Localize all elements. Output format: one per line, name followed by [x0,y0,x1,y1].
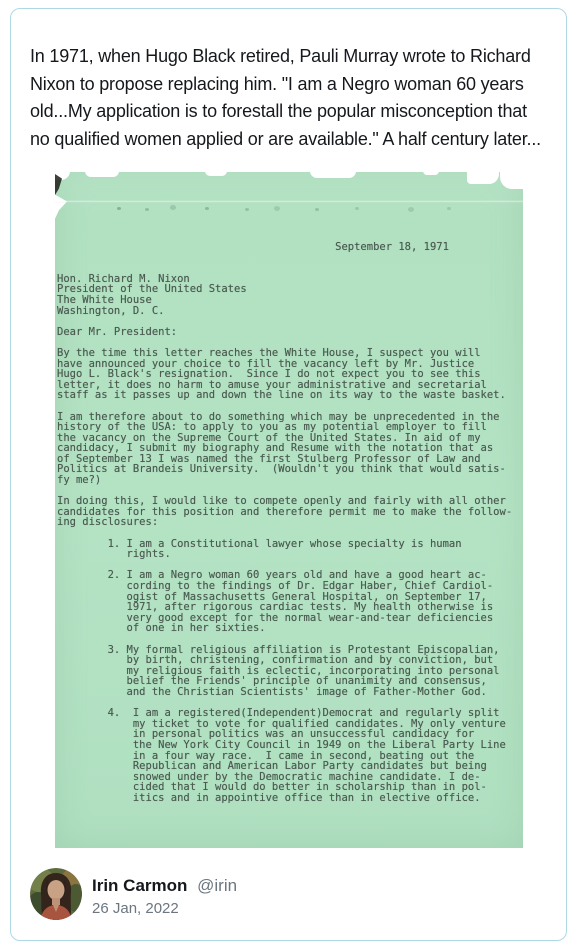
author-row: Irin Carmon @irin [92,876,237,896]
torn-edge-patch [467,171,499,184]
avatar[interactable] [30,868,82,920]
torn-edge-patch [205,171,227,176]
torn-edge-patch [500,171,524,189]
torn-edge-patch [54,194,67,221]
byline: Irin Carmon @irin 26 Jan, 2022 [92,876,237,918]
author-handle[interactable]: @irin [197,876,237,895]
torn-edge-patch [310,171,356,178]
avatar-image [30,868,82,920]
letter-body: September 18, 1971 Hon. Richard M. Nixon… [57,242,512,803]
post-date: 26 Jan, 2022 [92,900,237,918]
letter-image[interactable]: September 18, 1971 Hon. Richard M. Nixon… [55,172,523,848]
author-name[interactable]: Irin Carmon [92,876,187,895]
paper-crease [55,200,523,203]
caption-text: In 1971, when Hugo Black retired, Pauli … [30,43,550,153]
post-footer: Irin Carmon @irin 26 Jan, 2022 [30,868,550,928]
torn-edge-patch [85,171,119,177]
paper-smudges [117,207,121,210]
torn-edge-patch [423,171,439,175]
